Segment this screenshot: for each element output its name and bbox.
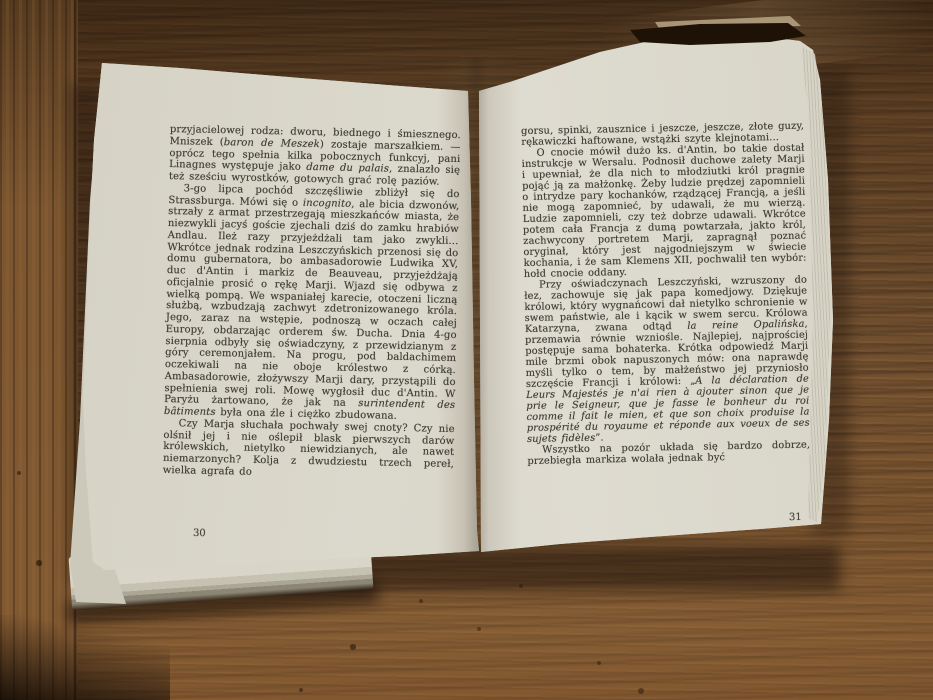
italic-phrase: incognito [303,197,352,209]
text-run: O cnocie mówił dużo ks. d'Antin, bo taki… [522,143,807,280]
wood-specks [0,0,2,2]
page-number-left: 30 [193,528,206,539]
text-run: Czy Marja słuchała pochwały swej cnoty? … [163,418,455,478]
paragraph: O cnocie mówił dużo ks. d'Antin, bo taki… [521,143,806,280]
wood-plank-left [0,0,78,700]
text-run: , ale bicia dzwonów, strzały z armat prz… [164,198,459,409]
paragraph: 3-go lipca pochód szczęśliwie zbliżył si… [164,183,460,424]
page-number-right: 31 [789,512,802,523]
left-page-text: przyjacielowej rodza: dworu, biednego i … [163,124,461,483]
right-page-text: gorsu, spinki, zausznice i jeszcze, jesz… [521,121,810,467]
table-dark-corner [0,615,170,700]
text-run: ”. [595,432,604,443]
italic-phrase: dame du palais [306,162,389,175]
photo-of-open-book: przyjacielowej rodza: dworu, biednego i … [0,0,933,700]
paragraph: Czy Marja słuchała pochwały swej cnoty? … [163,418,455,483]
paragraph: Przy oświadczynach Leszczyński, wzruszon… [524,275,810,445]
paragraph: przyjacielowej rodza: dworu, biednego i … [169,124,461,189]
